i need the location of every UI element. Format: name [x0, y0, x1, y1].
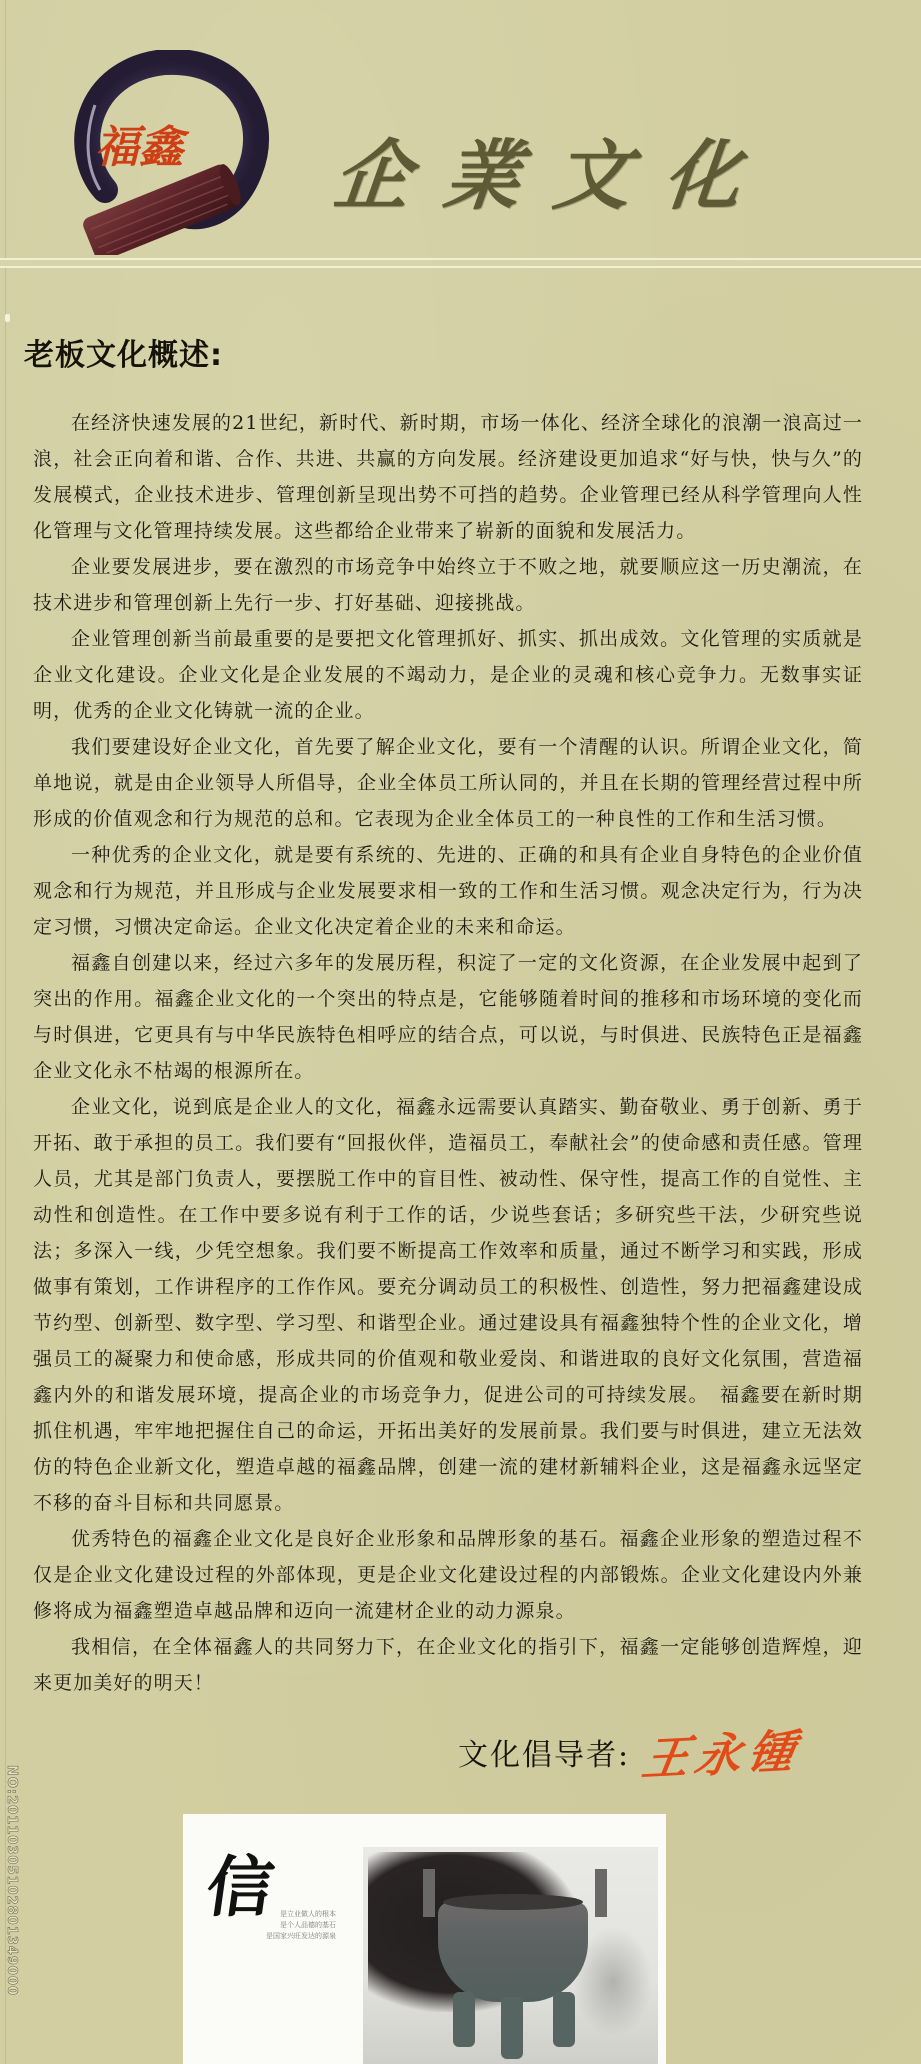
header-separator: [0, 258, 921, 268]
section-title: 老板文化概述:: [24, 330, 223, 374]
edge-mark: [5, 314, 10, 322]
trust-ding-image: 信 是立业做人的根本 是个人品德的基石 是国家兴旺发达的源泉: [183, 1814, 666, 2064]
article-body: 在经济快速发展的21世纪，新时代、新时期，市场一体化、经济全球化的浪潮一浪高过一…: [33, 405, 863, 1701]
paragraph: 企业要发展进步，要在激烈的市场竞争中始终立于不败之地，就要顺应这一历史潮流，在技…: [33, 549, 863, 621]
calligraphy-caption: 是立业做人的根本 是个人品德的基石 是国家兴旺发达的源泉: [226, 1909, 336, 1942]
paragraph: 我们要建设好企业文化，首先要了解企业文化，要有一个清醒的认识。所谓企业文化，简单…: [33, 729, 863, 837]
header-banner: 福鑫 企業文化: [0, 0, 921, 262]
bronze-ding-icon: [363, 1847, 658, 2064]
logo-text: 福鑫: [95, 122, 190, 173]
left-border-rule: [5, 0, 6, 2064]
fuxin-logo-icon: 福鑫: [65, 50, 275, 255]
signature-label: 文化倡导者:: [458, 1730, 630, 1774]
paragraph: 在经济快速发展的21世纪，新时代、新时期，市场一体化、经济全球化的浪潮一浪高过一…: [33, 405, 863, 549]
signature-block: 文化倡导者: 王永锺: [458, 1722, 800, 1782]
watermark-id: NO:20110305102801349000: [4, 1765, 19, 1996]
paragraph: 企业管理创新当前最重要的是要把文化管理抓好、抓实、抓出成效。文化管理的实质就是企…: [33, 621, 863, 729]
paragraph: 一种优秀的企业文化，就是要有系统的、先进的、正确的和具有企业自身特色的企业价值观…: [33, 837, 863, 945]
signature-name: 王永锺: [638, 1715, 806, 1789]
paragraph: 我相信，在全体福鑫人的共同努力下，在企业文化的指引下，福鑫一定能够创造辉煌，迎来…: [33, 1629, 863, 1701]
page-background: 福鑫 企業文化 老板文化概述: 在经济快速发展的21世纪，新时代、新时期，市场一…: [0, 0, 921, 2064]
paragraph: 福鑫自创建以来，经过六多年的发展历程，积淀了一定的文化资源，在企业发展中起到了突…: [33, 945, 863, 1089]
paragraph: 企业文化，说到底是企业人的文化，福鑫永远需要认真踏实、勤奋敬业、勇于创新、勇于开…: [33, 1089, 863, 1521]
banner-title: 企業文化: [329, 115, 780, 224]
paragraph: 优秀特色的福鑫企业文化是良好企业形象和品牌形象的基石。福鑫企业形象的塑造过程不仅…: [33, 1521, 863, 1629]
